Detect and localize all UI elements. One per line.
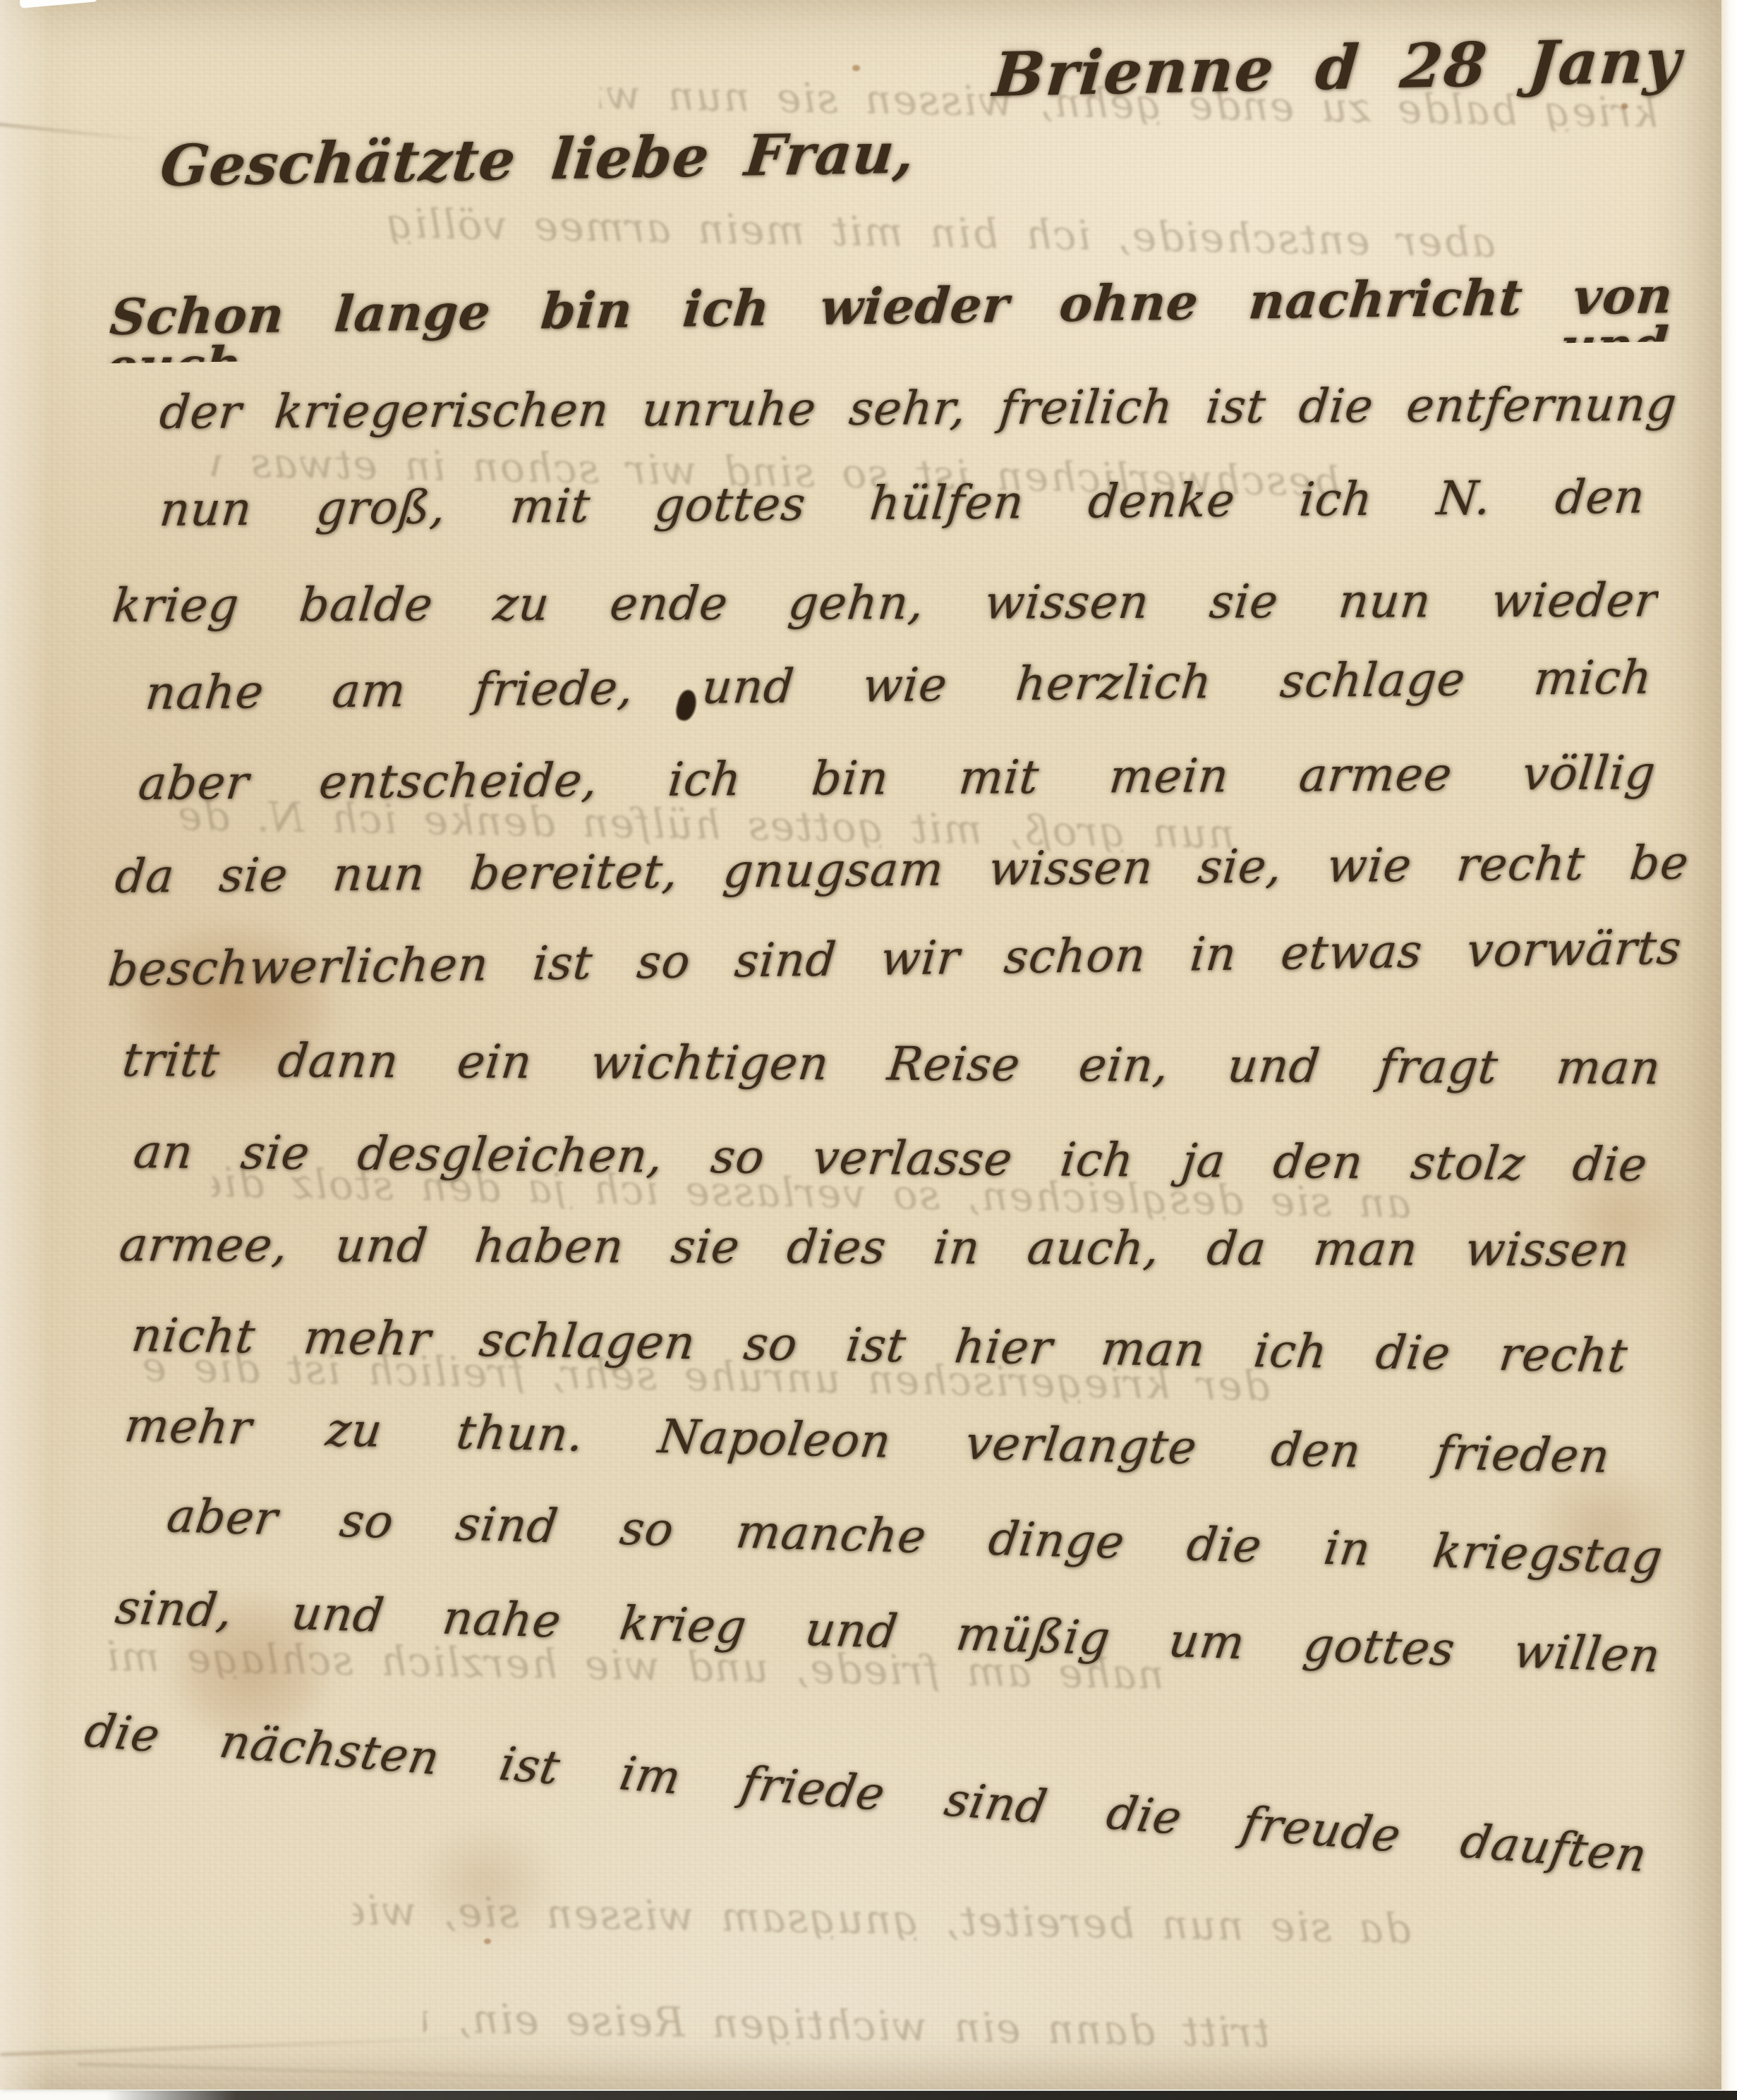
foxing-spot [852,65,860,71]
paper-bottom-edge-shadow [106,2091,1737,2100]
stain [381,1792,593,1975]
salutation: Geschätzte liebe Frau, [157,119,919,199]
body-line: der kriegerischen unruhe sehr, freilich … [155,382,1679,460]
body-line: tritt dann ein wichtigen Reise ein, und … [117,1037,1663,1115]
letter-scan: krieg balde zu ende gehn, wissen sie nun… [0,0,1737,2100]
body-line: an sie desgleichen, so verlasse ich ja d… [128,1129,1650,1213]
body-line: armee, und haben sie dies in auch, da ma… [115,1222,1633,1297]
body-line: nun groß, mit gottes hülfen denke ich N.… [155,474,1647,557]
body-line: krieg balde zu ende gehn, wissen sie nun… [108,577,1660,653]
foxing-spot [484,1938,491,1944]
body-line: aber entscheide, ich bin mit mein armee … [134,750,1658,831]
foxing-spot [1621,103,1628,109]
paper-left-edge-highlight [0,0,49,2089]
scan-background-strip [1721,0,1737,2100]
letter-paper: krieg balde zu ende gehn, wissen sie nun… [0,0,1721,2089]
body-line: da sie nun bereitet, gnugsam wissen sie,… [111,839,1691,924]
